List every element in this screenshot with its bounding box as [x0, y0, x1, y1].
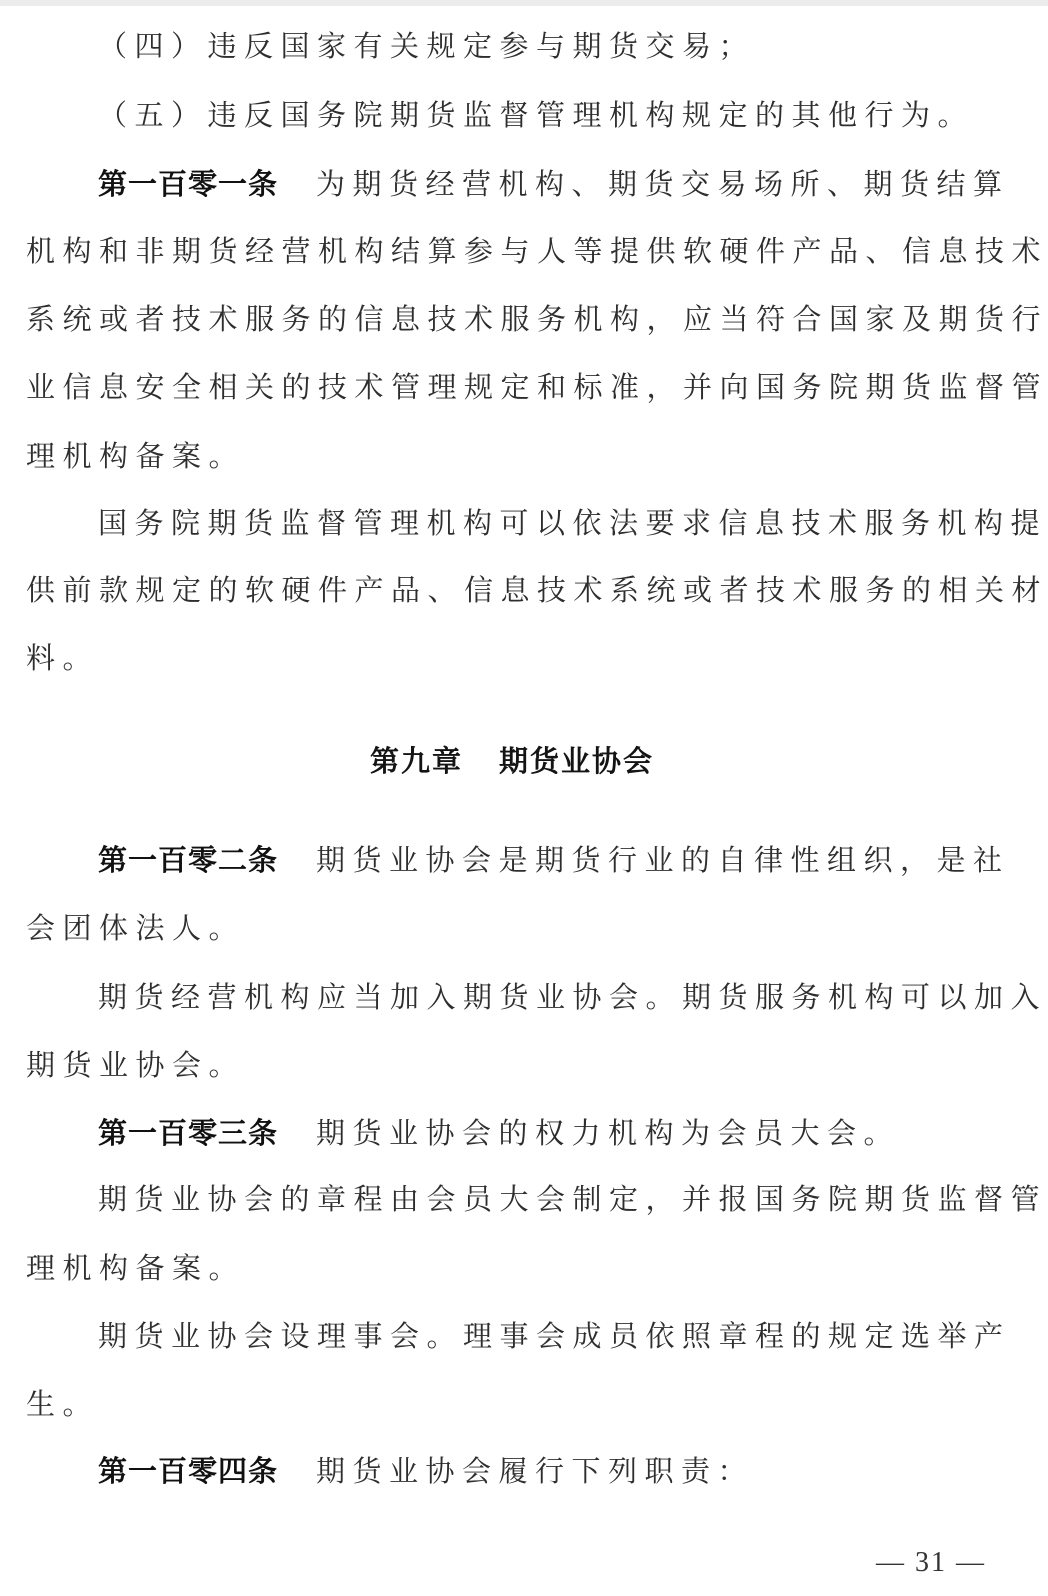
- article-103: 第一百零三条期货业协会的权力机构为会员大会。: [98, 1115, 900, 1151]
- chapter-heading: 第九章期货业协会: [370, 743, 654, 779]
- paragraph-line: 系统或者技术服务的信息技术服务机构，应当符合国家及期货行: [26, 301, 1048, 337]
- paragraph-line: 理机构备案。: [26, 438, 245, 474]
- chapter-number: 第九章: [370, 744, 463, 778]
- list-item-five: （五）违反国务院期货监督管理机构规定的其他行为。: [98, 97, 974, 133]
- list-item-four: （四）违反国家有关规定参与期货交易；: [98, 28, 755, 64]
- paragraph-text: 理机构备案。: [26, 1251, 245, 1285]
- article-101: 第一百零一条为期货经营机构、期货交易场所、期货结算: [98, 166, 1010, 202]
- paragraph-text: 理机构备案。: [26, 439, 245, 473]
- paragraph-line: 业信息安全相关的技术管理规定和标准，并向国务院期货监督管: [26, 369, 1048, 405]
- article-102: 第一百零二条期货业协会是期货行业的自律性组织，是社: [98, 842, 1010, 878]
- paragraph-text: 生。: [26, 1387, 99, 1421]
- article-heading: 第一百零四条: [98, 1454, 278, 1488]
- paragraph-text: （四）违反国家有关规定参与期货交易；: [98, 29, 755, 63]
- paragraph-line: 供前款规定的软硬件产品、信息技术系统或者技术服务的相关材: [26, 572, 1048, 608]
- paragraph-line: 期货经营机构应当加入期货业协会。期货服务机构可以加入: [98, 979, 1047, 1015]
- chapter-title: 期货业协会: [499, 744, 654, 778]
- paragraph-text: 期货业协会是期货行业的自律性组织，是社: [316, 843, 1010, 877]
- article-heading: 第一百零二条: [98, 843, 278, 877]
- article-heading: 第一百零一条: [98, 167, 278, 201]
- document-page: （四）违反国家有关规定参与期货交易； （五）违反国务院期货监督管理机构规定的其他…: [0, 0, 1048, 1596]
- paragraph-line: 机构和非期货经营机构结算参与人等提供软硬件产品、信息技术: [26, 233, 1048, 269]
- paragraph-text: 业信息安全相关的技术管理规定和标准，并向国务院期货监督管: [26, 370, 1048, 404]
- paragraph-text: 期货业协会的章程由会员大会制定，并报国务院期货监督管: [98, 1182, 1047, 1216]
- paragraph-text: 机构和非期货经营机构结算参与人等提供软硬件产品、信息技术: [26, 234, 1048, 268]
- page-number: — 31 —: [876, 1547, 986, 1579]
- paragraph-text: 国务院期货监督管理机构可以依法要求信息技术服务机构提: [98, 506, 1047, 540]
- paragraph-line: 会团体法人。: [26, 910, 245, 946]
- paragraph-text: 系统或者技术服务的信息技术服务机构，应当符合国家及期货行: [26, 302, 1048, 336]
- paragraph-text: 供前款规定的软硬件产品、信息技术系统或者技术服务的相关材: [26, 573, 1048, 607]
- paragraph-line: 料。: [26, 640, 99, 676]
- paragraph-line: 期货业协会。: [26, 1047, 245, 1083]
- paragraph-text: 期货经营机构应当加入期货业协会。期货服务机构可以加入: [98, 980, 1047, 1014]
- paragraph-text: 期货业协会履行下列职责：: [316, 1454, 754, 1488]
- paragraph-text: 为期货经营机构、期货交易场所、期货结算: [316, 167, 1010, 201]
- paragraph-text: 期货业协会设理事会。理事会成员依照章程的规定选举产: [98, 1319, 1011, 1353]
- article-104: 第一百零四条期货业协会履行下列职责：: [98, 1453, 754, 1489]
- paragraph-line: 期货业协会的章程由会员大会制定，并报国务院期货监督管: [98, 1181, 1047, 1217]
- paragraph-text: 期货业协会的权力机构为会员大会。: [316, 1116, 900, 1150]
- paragraph-text: 会团体法人。: [26, 911, 245, 945]
- paragraph-line: 生。: [26, 1386, 99, 1422]
- article-heading: 第一百零三条: [98, 1116, 278, 1150]
- paragraph-line: 国务院期货监督管理机构可以依法要求信息技术服务机构提: [98, 505, 1047, 541]
- paragraph-line: 理机构备案。: [26, 1250, 245, 1286]
- paragraph-line: 期货业协会设理事会。理事会成员依照章程的规定选举产: [98, 1318, 1011, 1354]
- paragraph-text: 期货业协会。: [26, 1048, 245, 1082]
- paragraph-text: （五）违反国务院期货监督管理机构规定的其他行为。: [98, 98, 974, 132]
- paragraph-text: 料。: [26, 641, 99, 675]
